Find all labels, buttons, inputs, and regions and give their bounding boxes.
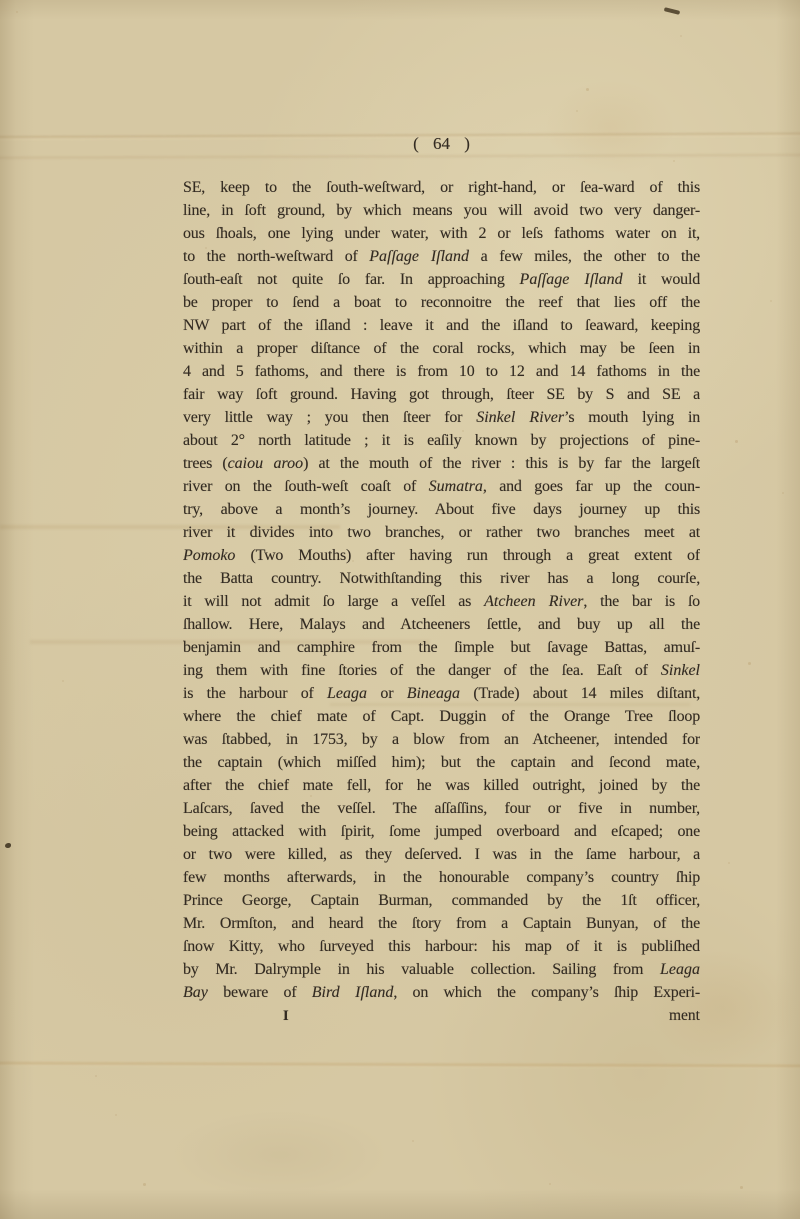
text-line: it will not admit ſo large a veſſel as A…: [183, 590, 700, 613]
text-line: Mr. Ormſton, and heard the ſtory from a …: [183, 912, 700, 935]
text-line: or two were killed, as they deſerved. I …: [183, 843, 700, 866]
text-line: SE, keep to the ſouth-weſtward, or right…: [183, 176, 700, 199]
text-line: benjamin and camphire from the ſimple bu…: [183, 636, 700, 659]
text-line: Pomoko (Two Mouths) after having run thr…: [183, 544, 700, 567]
text-line: river it divides into two branches, or r…: [183, 521, 700, 544]
ink-speck: [5, 843, 11, 848]
text-line: be proper to ſend a boat to reconnoitre …: [183, 291, 700, 314]
text-line: the captain (which miſſed him); but the …: [183, 751, 700, 774]
signature-row: I ment: [183, 1004, 700, 1027]
text-line: was ſtabbed, in 1753, by a blow from an …: [183, 728, 700, 751]
text-line: Bay beware of Bird Iſland, on which the …: [183, 981, 700, 1004]
ink-mark: [664, 7, 680, 15]
signature-mark: I: [283, 1005, 289, 1028]
text-line: ſnow Kitty, who ſurveyed this harbour: h…: [183, 935, 700, 958]
text-line: to the north-weſtward of Paſſage Iſland …: [183, 245, 700, 268]
text-line: ous ſhoals, one lying under water, with …: [183, 222, 700, 245]
text-line: within a proper diſtance of the coral ro…: [183, 337, 700, 360]
text-line: ſhallow. Here, Malays and Atcheeners ſet…: [183, 613, 700, 636]
paper-stain: [545, 80, 675, 175]
text-line: river on the ſouth-weſt coaſt of Sumatra…: [183, 475, 700, 498]
text-line: trees (caiou aroo) at the mouth of the r…: [183, 452, 700, 475]
text-line: about 2° north latitude ; it is eaſily k…: [183, 429, 700, 452]
book-page: { "colors": { "paper": "#d6c8a3", "ink":…: [0, 0, 800, 1219]
text-line: the Batta country. Notwithſtanding this …: [183, 567, 700, 590]
text-line: Laſcars, ſaved the veſſel. The aſſaſſins…: [183, 797, 700, 820]
text-line: few months afterwards, in the honourable…: [183, 866, 700, 889]
text-line: where the chief mate of Capt. Duggin of …: [183, 705, 700, 728]
page-number: ( 64 ): [183, 134, 700, 154]
text-line: very little way ; you then ſteer for Sin…: [183, 406, 700, 429]
paper-crease-bottom: [0, 1061, 800, 1070]
paper-stain: [170, 1110, 390, 1200]
text-line: by Mr. Dalrymple in his valuable collect…: [183, 958, 700, 981]
text-line: try, above a month’s journey. About five…: [183, 498, 700, 521]
text-line: being attacked with ſpirit, ſome jumped …: [183, 820, 700, 843]
text-line: fair way ſoft ground. Having got through…: [183, 383, 700, 406]
text-line: ſouth-eaſt not quite ſo far. In approach…: [183, 268, 700, 291]
text-line: NW part of the iſland : leave it and the…: [183, 314, 700, 337]
text-line: Prince George, Captain Burman, commanded…: [183, 889, 700, 912]
text-line: line, in ſoft ground, by which means you…: [183, 199, 700, 222]
text-line: ing them with fine ſtories of the danger…: [183, 659, 700, 682]
text-line: after the chief mate fell, for he was ki…: [183, 774, 700, 797]
catchword: ment: [669, 1004, 700, 1027]
text-line: is the harbour of Leaga or Bineaga (Trad…: [183, 682, 700, 705]
body-text: SE, keep to the ſouth-weſtward, or right…: [183, 176, 700, 1004]
text-line: 4 and 5 fathoms, and there is from 10 to…: [183, 360, 700, 383]
